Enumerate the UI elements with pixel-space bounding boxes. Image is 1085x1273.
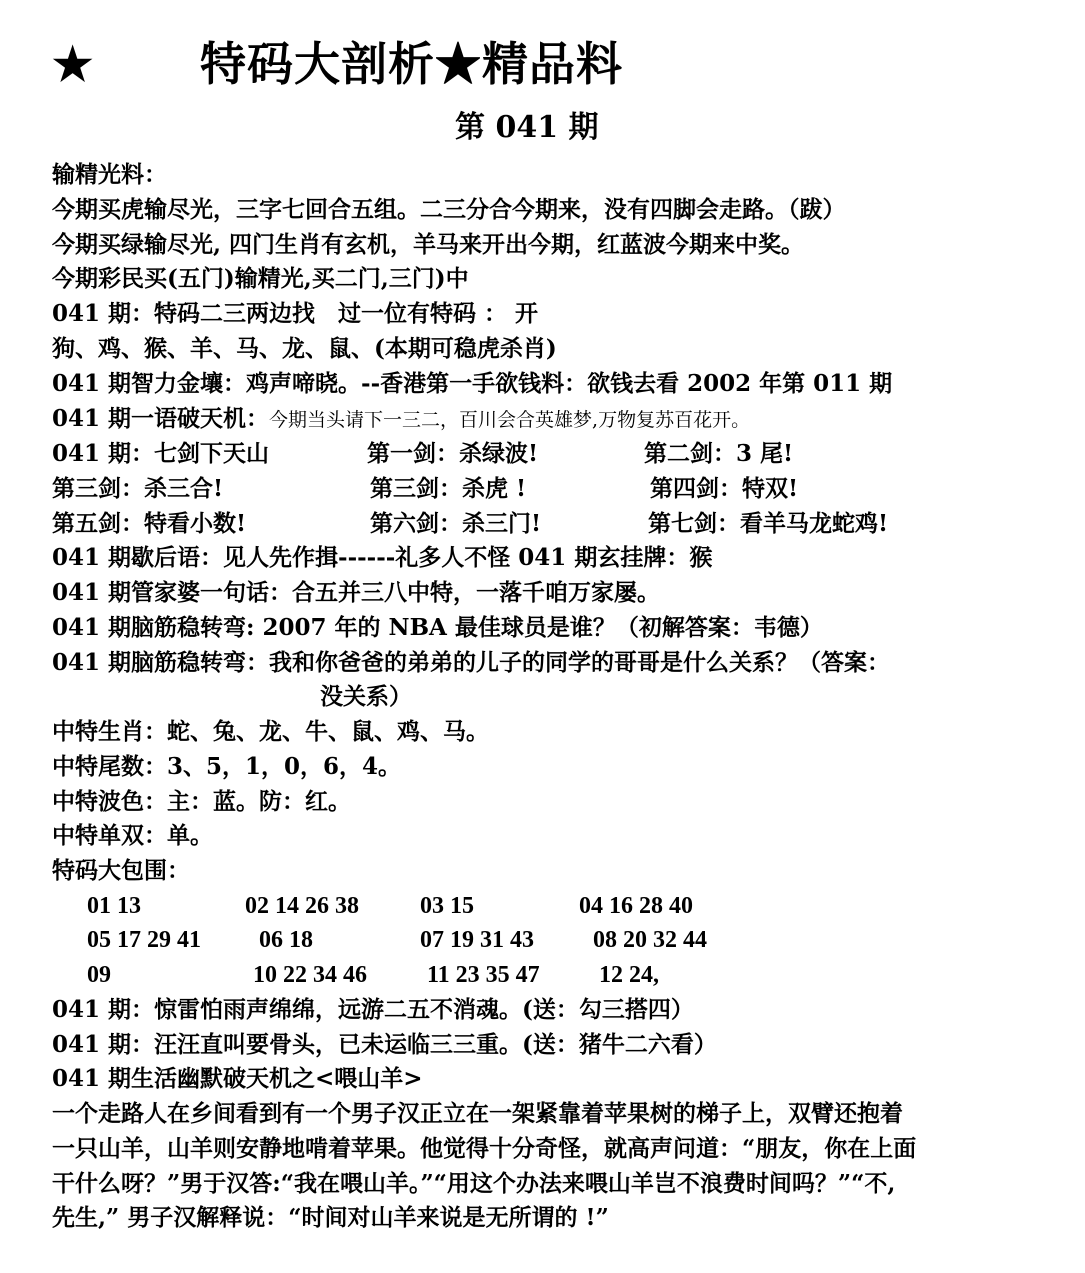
text-line: 041 期：汪汪直叫要骨头，已未运临三三重。(送：猪牛二六看） — [52, 1030, 717, 1060]
text-line: 041 期管家婆一句话：合五并三八中特，一落千咱万家屡。 — [52, 578, 660, 608]
text-line: 041 期：惊雷怕雨声绵绵，远游二五不消魂。(送：勾三搭四） — [52, 995, 694, 1025]
number-group: 05 17 29 41 — [87, 925, 201, 955]
sword-cell: 第五剑：特看小数! — [52, 509, 246, 539]
number-group: 11 23 35 47 — [427, 960, 540, 990]
sword-cell: 第二剑：3 尾! — [644, 439, 793, 469]
text-line: 041 期智力金壤：鸡声啼晓。--香港第一手欲钱料：欲钱去看 2002 年第 0… — [52, 369, 892, 399]
line-label: 041 期一语破天机： — [52, 405, 269, 432]
section-heading: 输精光料： — [52, 160, 167, 190]
number-group: 07 19 31 43 — [420, 925, 534, 955]
issue-number: 第 041 期 — [455, 102, 599, 146]
sword-cell: 第三剑：杀虎 ! — [370, 474, 526, 504]
text-line: 中特尾数：3、5，1，0，6，4。 — [52, 752, 401, 782]
text-line: 狗、鸡、猴、羊、马、龙、鼠、(本期可稳虎杀肖) — [52, 334, 557, 364]
number-group: 04 16 28 40 — [579, 891, 693, 921]
page-title: ★特码大剖析★精品料 — [52, 28, 623, 94]
title-text: 特码大剖析★精品料 — [200, 37, 623, 91]
text-line: 041 期歇后语：见人先作揖------礼多人不怪 041 期玄挂牌：猴 — [52, 543, 712, 573]
line-value: 今期当头请下一三二，百川会合英雄梦,万物复苏百花开。 — [269, 409, 750, 431]
text-line: 今期买虎输尽光，三字七回合五组。二三分合今期来，没有四脚会走路。（跋） — [52, 195, 846, 225]
text-line: 041 期：特码二三两边找 过一位有特码 ： 开 — [52, 299, 538, 329]
sword-cell: 第七剑：看羊马龙蛇鸡! — [648, 509, 888, 539]
sword-cell: 第四剑：特双! — [650, 474, 798, 504]
section-heading: 特码大包围： — [52, 856, 190, 886]
number-group: 02 14 26 38 — [245, 891, 359, 921]
text-line: 没关系） — [320, 682, 412, 712]
star-icon: ★ — [52, 37, 200, 91]
story-line: 一个走路人在乡间看到有一个男子汉正立在一架紧靠着苹果树的梯子上，双臂还抱着 — [52, 1099, 903, 1129]
number-group: 10 22 34 46 — [253, 960, 367, 990]
sword-cell: 第一剑：杀绿波! — [367, 439, 538, 469]
story-line: 干什么呀？”男于汉答:“我在喂山羊。”“用这个办法来喂山羊岂不浪费时间吗？”“不… — [52, 1169, 895, 1199]
number-group: 12 24, — [599, 960, 659, 990]
text-line: 中特单双：单。 — [52, 821, 213, 851]
text-line: 041 期生活幽默破天机之<喂山羊> — [52, 1064, 423, 1094]
number-group: 01 13 — [87, 891, 141, 921]
number-group: 03 15 — [420, 891, 474, 921]
number-group: 08 20 32 44 — [593, 925, 707, 955]
text-line: 041 期一语破天机：今期当头请下一三二，百川会合英雄梦,万物复苏百花开。 — [52, 404, 750, 435]
text-line: 中特波色：主：蓝。防：红。 — [52, 787, 351, 817]
number-group: 09 — [87, 960, 111, 990]
story-line: 先生,” 男子汉解释说：“时间对山羊来说是无所谓的 !” — [52, 1203, 609, 1233]
sword-cell: 第六剑：杀三门! — [370, 509, 541, 539]
text-line: 今期彩民买(五门)输精光,买二门,三门)中 — [52, 264, 469, 294]
sword-cell: 第三剑：杀三合! — [52, 474, 223, 504]
text-line: 中特生肖：蛇、兔、龙、牛、鼠、鸡、马。 — [52, 717, 489, 747]
text-line: 041 期脑筋稳转弯：我和你爸爸的弟弟的儿子的同学的哥哥是什么关系？（答案： — [52, 648, 890, 678]
number-group: 06 18 — [259, 925, 313, 955]
story-line: 一只山羊，山羊则安静地啃着苹果。他觉得十分奇怪，就高声问道：“朋友，你在上面 — [52, 1134, 916, 1164]
text-line: 今期买绿输尽光, 四门生肖有玄机，羊马来开出今期，红蓝波今期来中奖。 — [52, 230, 804, 260]
text-line: 041 期脑筋稳转弯: 2007 年的 NBA 最佳球员是谁？（初解答案：韦德） — [52, 613, 823, 643]
sword-cell: 041 期：七剑下天山 — [52, 439, 269, 469]
